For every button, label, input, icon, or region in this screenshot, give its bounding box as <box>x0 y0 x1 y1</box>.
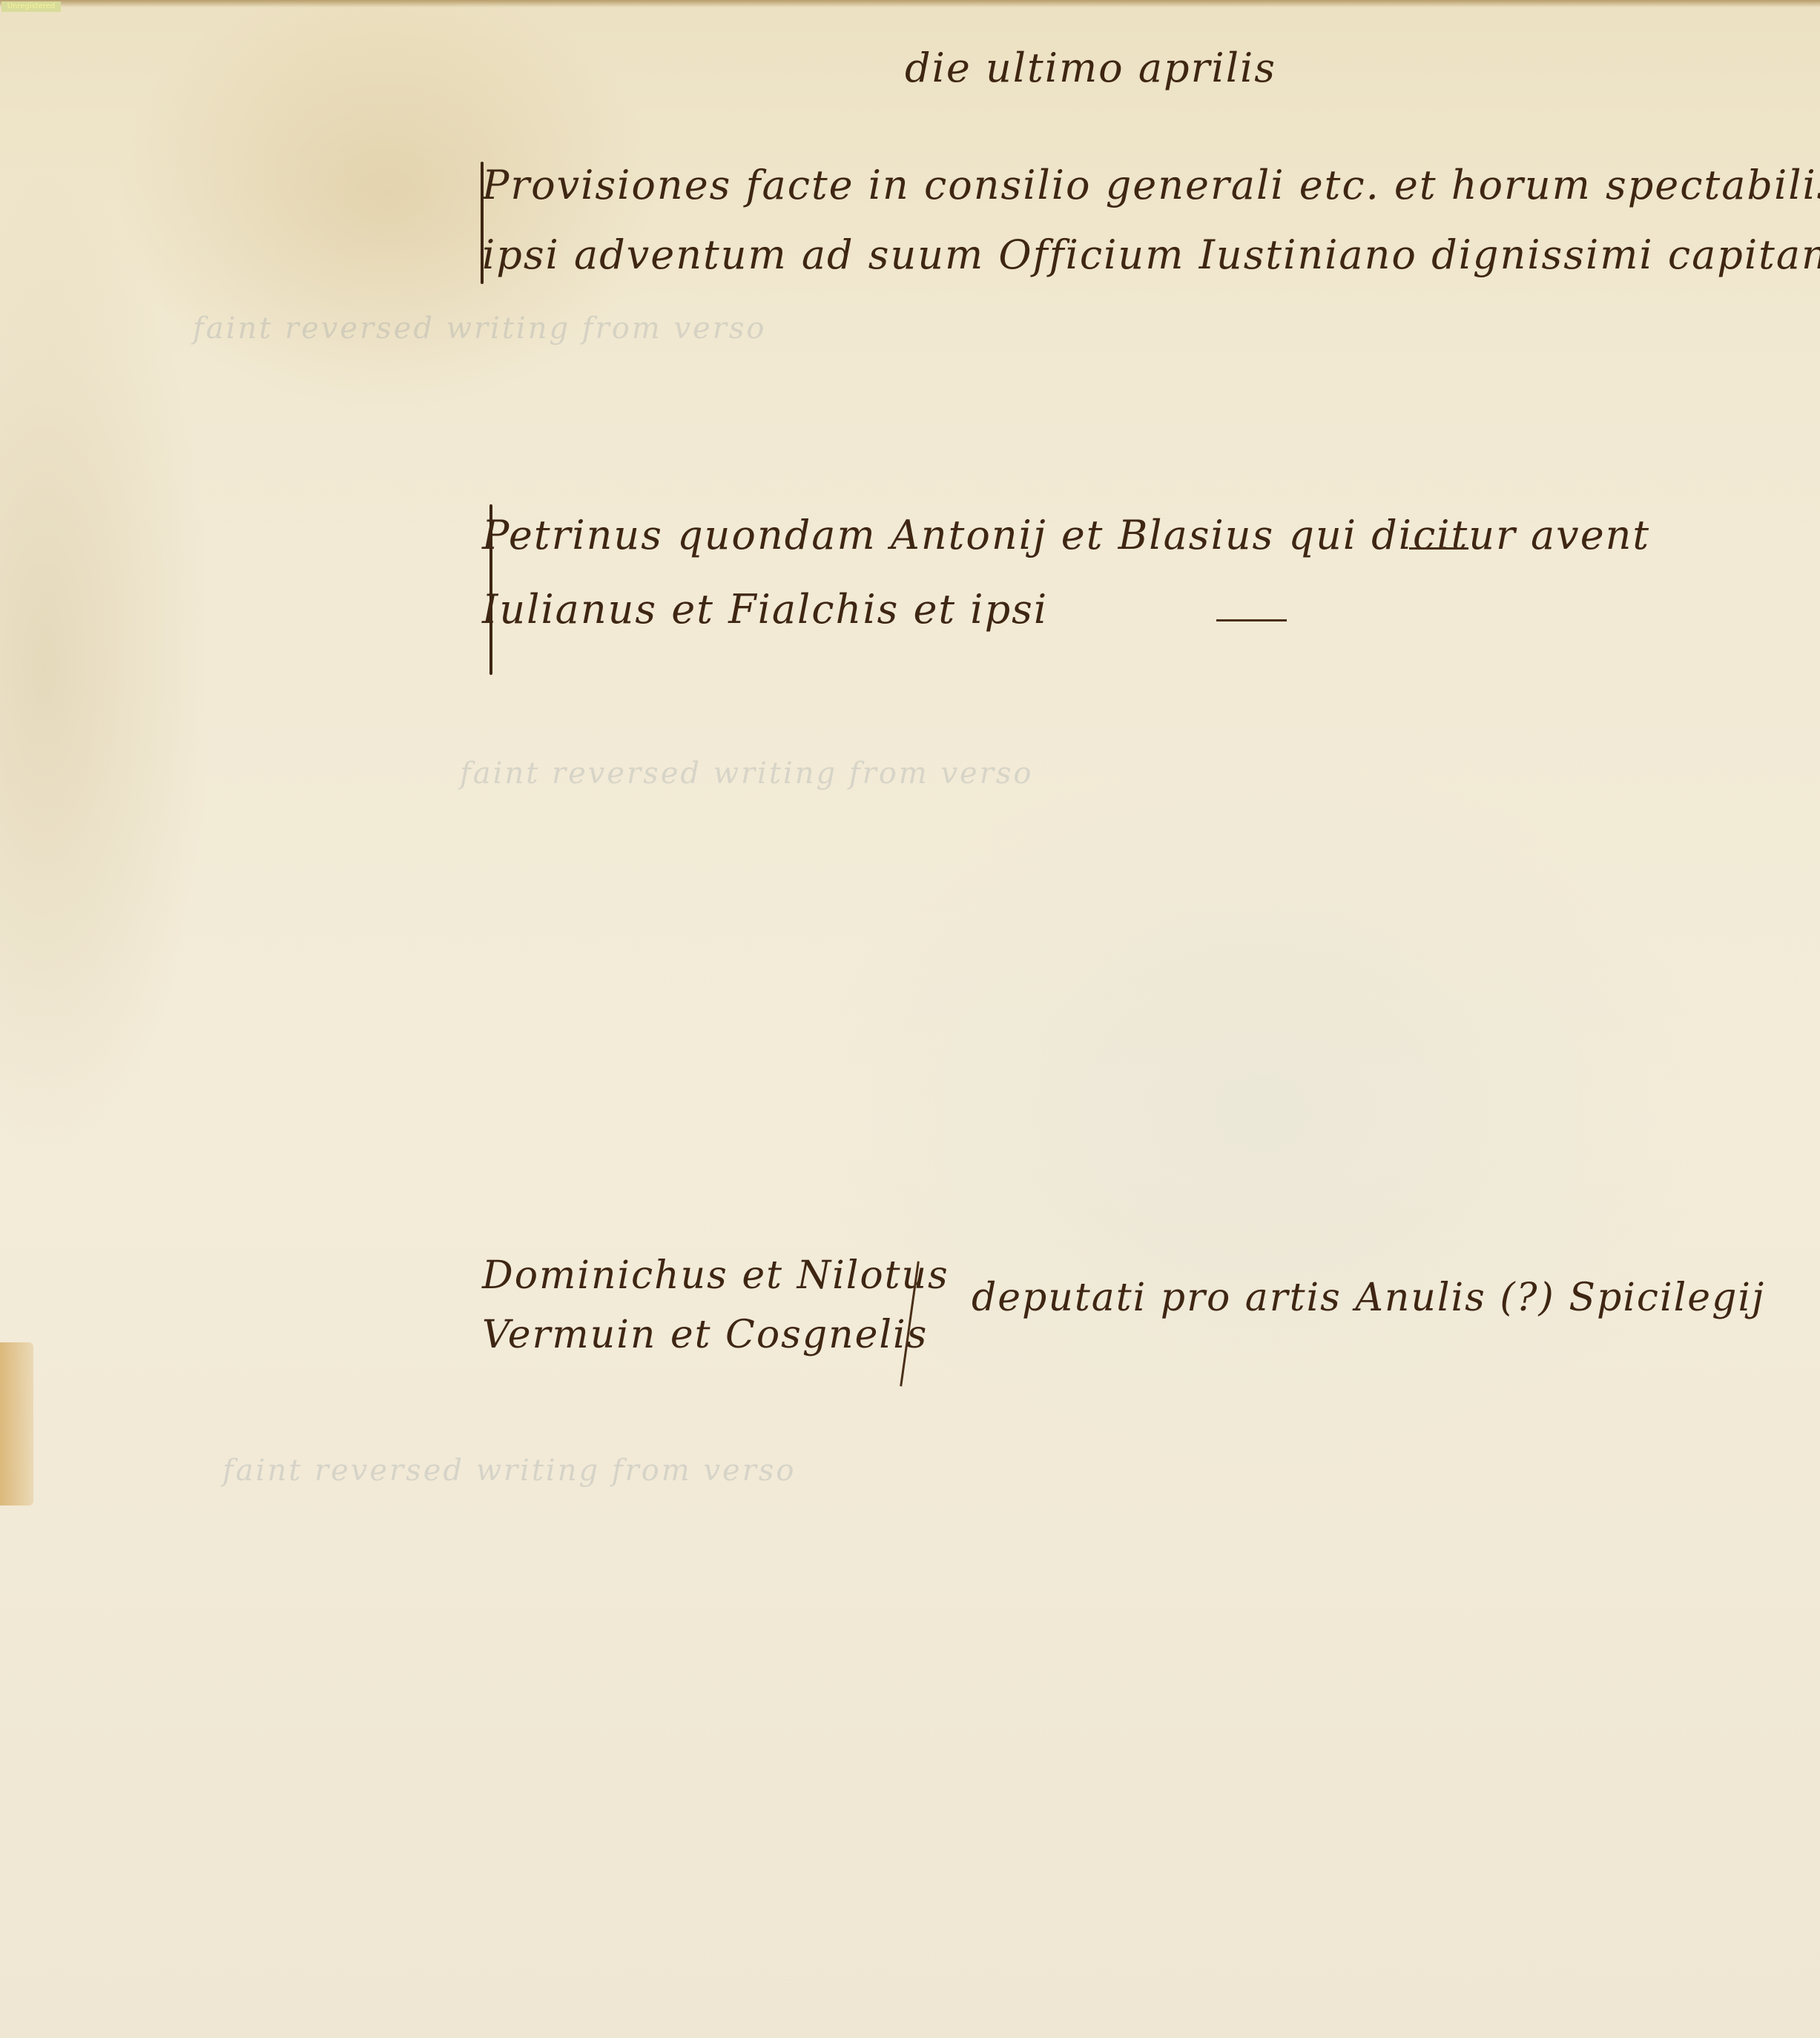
bleed-through-text: faint reversed writing from verso <box>222 1454 796 1488</box>
line-flourish <box>1216 619 1287 621</box>
page-heading: die ultimo aprilis <box>905 44 1276 91</box>
paper-stain <box>0 1342 33 1506</box>
unregistered-watermark: Unregistered <box>1 1 61 12</box>
manuscript-page: Unregistered faint reversed writing from… <box>0 0 1820 2038</box>
bleed-through-text: faint reversed writing from verso <box>460 756 1033 791</box>
line-flourish <box>1409 547 1468 550</box>
entry-line: Dominichus et Nilotus <box>482 1253 949 1298</box>
entry-note: deputati pro artis Anulis (?) Spicilegij <box>972 1276 1765 1320</box>
entry-line: Provisiones facte in consilio generali e… <box>482 162 1820 208</box>
entry-line: Vermuin et Cosgnelis <box>482 1313 928 1357</box>
page-top-edge <box>0 0 1820 7</box>
entry-line: ipsi adventum ad suum Officium Iustinian… <box>482 231 1820 278</box>
entry-line: Iulianus et Fialchis et ipsi <box>482 586 1048 633</box>
bleed-through-text: faint reversed writing from verso <box>193 311 766 346</box>
entry-line: Petrinus quondam Antonij et Blasius qui … <box>482 512 1650 558</box>
